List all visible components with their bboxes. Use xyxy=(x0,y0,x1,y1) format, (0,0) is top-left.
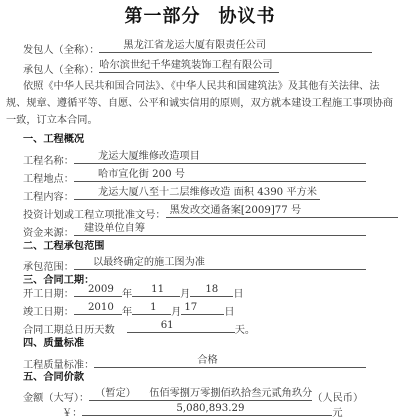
project-name-label: 工程名称： xyxy=(23,156,74,167)
contractor-value: 哈尔滨世纪千华建筑装饰工程有限公司 xyxy=(99,59,272,72)
yen-unit: 元 xyxy=(332,408,342,417)
section1-heading: 一、工程概况 xyxy=(23,133,84,146)
end-month-field: 1 xyxy=(132,302,171,315)
project-name-row: 工程名称：龙运大厦维修改造项目 xyxy=(23,151,366,168)
yen-label: ￥： xyxy=(62,408,82,417)
project-name-value: 龙运大厦维修改造项目 xyxy=(98,150,200,163)
employer-field: 黑龙江省龙运大厦有限责任公司 xyxy=(99,40,372,53)
project-location-label: 工程地点： xyxy=(23,174,74,185)
approval-row: 投资计划或工程立项批准文号：黑发改交通备案[2009]77 号 xyxy=(23,205,398,222)
project-location-row: 工程地点：哈市宣化街 200 号 xyxy=(23,169,366,186)
employer-label: 发包人（全称）： xyxy=(23,45,99,56)
day-unit: 日 xyxy=(233,289,243,300)
start-month-field: 11 xyxy=(132,284,180,297)
project-name-field: 龙运大厦维修改造项目 xyxy=(74,151,366,164)
project-content-row: 工程内容：龙运大厦八至十二层维修改造 面积 4390 平方米 xyxy=(23,187,320,204)
end-day-value: 17 xyxy=(184,301,197,314)
start-day-value: 18 xyxy=(205,283,218,296)
total-days-row: 合同工期总日历天数61天。 xyxy=(23,320,255,337)
amount-number-value: 5,080,893.29 xyxy=(176,402,244,415)
approval-field: 黑发改交通备案[2009]77 号 xyxy=(166,205,398,218)
start-year-value: 2009 xyxy=(88,283,114,296)
end-date-label: 竣工日期： xyxy=(23,307,74,318)
amount-words-field: （暂定）伍佰零捌万零捌佰玖拾叁元贰角玖分 xyxy=(89,388,312,401)
scope-value: 以最终确定的施工图为准 xyxy=(93,256,205,269)
amount-words-value: 伍佰零捌万零捌佰玖拾叁元贰角玖分 xyxy=(149,387,312,400)
day-unit: 日 xyxy=(224,307,234,318)
month-unit: 月 xyxy=(171,307,181,318)
end-day-field: 17 xyxy=(181,302,224,315)
preamble: 依照《中华人民共和国合同法》、《中华人民共和国建筑法》及其他有关法律、法规、规章… xyxy=(6,78,396,129)
total-days-unit: 天。 xyxy=(235,325,255,336)
total-days-value: 61 xyxy=(161,319,174,332)
project-location-value: 哈市宣化街 200 号 xyxy=(98,168,185,181)
amount-note: （暂定） xyxy=(95,387,136,400)
funding-label: 资金来源： xyxy=(23,228,74,239)
section2-heading: 二、工程承包范围 xyxy=(23,240,105,253)
contractor-row: 承包人（全称）：哈尔滨世纪千华建筑装饰工程有限公司 xyxy=(23,60,279,77)
start-date-row: 开工日期：2009年11月18日 xyxy=(23,284,244,301)
quality-value: 合格 xyxy=(197,354,217,367)
page-title: 第一部分协议书 xyxy=(0,2,400,28)
project-content-label: 工程内容： xyxy=(23,192,74,203)
scope-label: 承包范围： xyxy=(23,262,74,273)
funding-row: 资金来源：建设单位自筹 xyxy=(23,223,366,240)
start-day-field: 18 xyxy=(190,284,233,297)
end-year-field: 2010 xyxy=(74,302,122,315)
funding-value: 建设单位自筹 xyxy=(84,222,145,235)
contractor-field: 哈尔滨世纪千华建筑装饰工程有限公司 xyxy=(99,60,279,73)
approval-label: 投资计划或工程立项批准文号： xyxy=(23,210,166,221)
total-days-label: 合同工期总日历天数 xyxy=(23,325,115,336)
amount-number-row: ￥：5,080,893.29元 xyxy=(62,403,343,417)
month-unit: 月 xyxy=(180,289,190,300)
scope-row: 承包范围：以最终确定的施工图为准 xyxy=(23,257,366,274)
project-location-field: 哈市宣化街 200 号 xyxy=(74,169,366,182)
start-month-value: 11 xyxy=(151,283,164,296)
project-content-field: 龙运大厦八至十二层维修改造 面积 4390 平方米 xyxy=(74,187,320,200)
project-content-value: 龙运大厦八至十二层维修改造 面积 4390 平方米 xyxy=(98,186,317,199)
amount-number-field: 5,080,893.29 xyxy=(82,403,332,416)
funding-field: 建设单位自筹 xyxy=(74,223,366,236)
end-date-row: 竣工日期：2010年1月17日 xyxy=(23,302,235,319)
start-date-label: 开工日期： xyxy=(23,289,74,300)
quality-label: 工程质量标准： xyxy=(23,360,94,371)
approval-value: 黑发改交通备案[2009]77 号 xyxy=(170,204,302,217)
section4-heading: 四、质量标准 xyxy=(23,337,84,350)
start-year-field: 2009 xyxy=(74,284,122,297)
scope-field: 以最终确定的施工图为准 xyxy=(74,257,366,270)
end-year-value: 2010 xyxy=(88,301,114,314)
section5-heading: 五、合同价款 xyxy=(23,371,84,384)
quality-row: 工程质量标准：合格 xyxy=(23,355,366,372)
year-unit: 年 xyxy=(122,307,132,318)
quality-field: 合格 xyxy=(94,355,366,368)
end-month-value: 1 xyxy=(150,301,156,314)
employer-row: 发包人（全称）：黑龙江省龙运大厦有限责任公司 xyxy=(23,40,372,57)
title-part: 第一部分 xyxy=(125,6,201,27)
title-name: 协议书 xyxy=(219,6,276,27)
year-unit: 年 xyxy=(122,289,132,300)
total-days-field: 61 xyxy=(127,320,235,333)
employer-value: 黑龙江省龙运大厦有限责任公司 xyxy=(123,39,266,52)
contractor-label: 承包人（全称）： xyxy=(23,65,99,76)
